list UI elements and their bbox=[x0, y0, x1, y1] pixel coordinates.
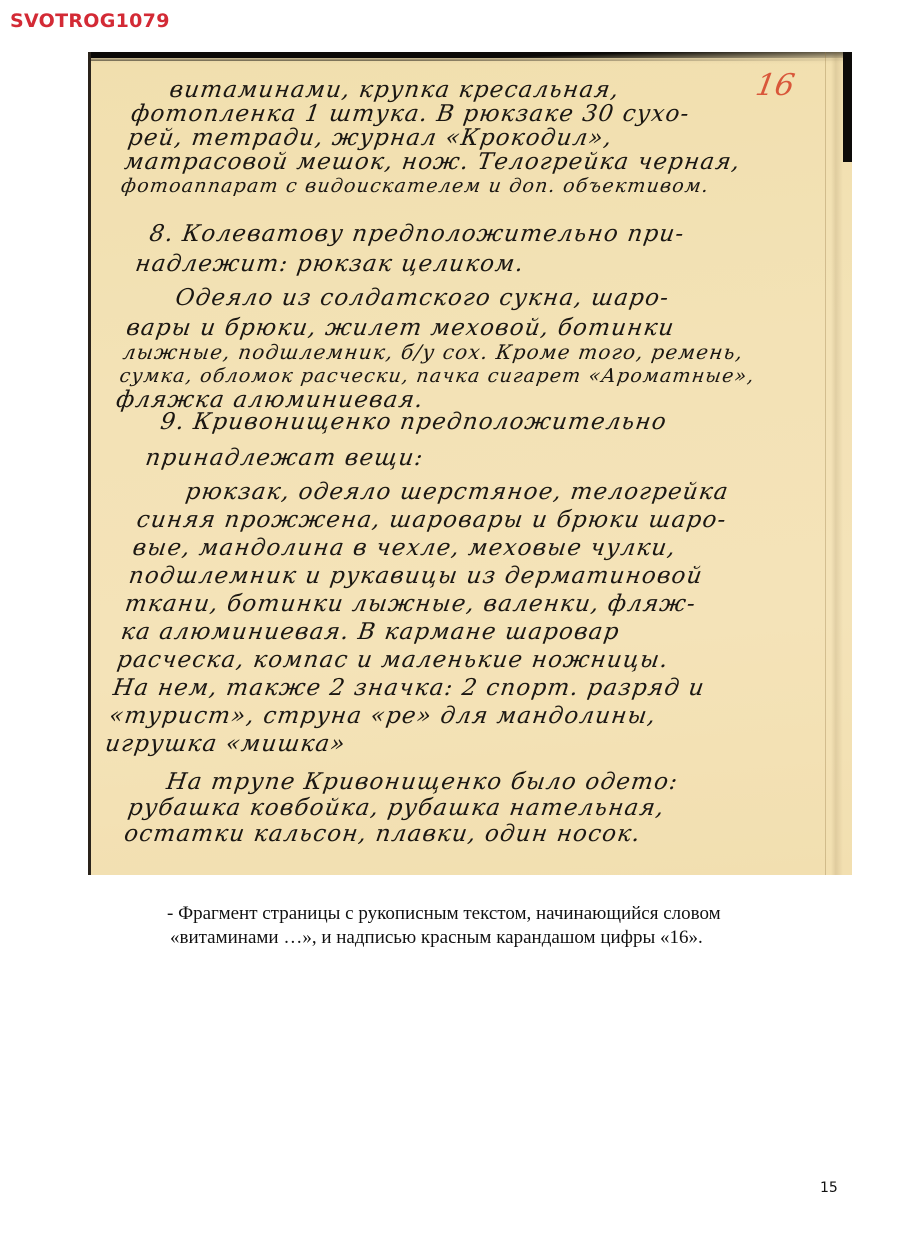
scan-left-edge bbox=[88, 52, 91, 875]
handwritten-paragraph-4: На трупе Кривонищенко было одето: рубашк… bbox=[123, 770, 818, 846]
handwritten-line: 8. Колеватову предположительно при- bbox=[137, 222, 825, 252]
watermark-label: SVOTROG1079 bbox=[10, 10, 170, 32]
scan-right-edge bbox=[843, 52, 852, 162]
caption-line-1: - Фрагмент страницы с рукописным текстом… bbox=[167, 903, 721, 924]
handwritten-line: рюкзак, одеяло шерстяное, телогрейка bbox=[139, 480, 827, 508]
handwritten-line: вые, мандолина в чехле, меховые чулки, bbox=[131, 536, 819, 564]
handwritten-line: синяя прожжена, шаровары и брюки шаро- bbox=[135, 508, 823, 536]
caption-line-2: «витаминами …», и надписью красным каран… bbox=[167, 926, 827, 950]
handwritten-line: матрасовой мешок, нож. Телогрейка черная… bbox=[123, 150, 810, 174]
handwritten-line: На трупе Кривонищенко было одето: bbox=[130, 770, 818, 796]
handwritten-line: остатки кальсон, плавки, один носок. bbox=[123, 822, 810, 846]
manuscript-scan-image: 16 витаминами, крупка кресальная, фотопл… bbox=[88, 52, 852, 875]
handwritten-line: На нем, также 2 значка: 2 спорт. разряд … bbox=[111, 676, 799, 704]
handwritten-line: фотоаппарат с видоискателем и доп. объек… bbox=[120, 174, 807, 198]
page-number: 15 bbox=[820, 1180, 838, 1196]
handwritten-line: ка алюминиевая. В кармане шаровар bbox=[119, 620, 807, 648]
handwritten-line: принадлежат вещи: bbox=[142, 446, 831, 480]
handwritten-line: расческа, компас и маленькие ножницы. bbox=[115, 648, 803, 676]
handwritten-paragraph-3: 9. Кривонищенко предположительно принадл… bbox=[104, 410, 837, 756]
handwritten-paragraph-1: витаминами, крупка кресальная, фотопленк… bbox=[120, 78, 821, 198]
image-caption: - Фрагмент страницы с рукописным текстом… bbox=[167, 902, 827, 950]
handwritten-line: рей, тетради, журнал «Крокодил», bbox=[126, 126, 813, 150]
handwritten-line: лыжные, подшлемник, б/у сох. Кроме того,… bbox=[121, 340, 808, 364]
scan-top-shadow bbox=[88, 52, 852, 61]
handwritten-line: игрушка «мишка» bbox=[104, 732, 791, 756]
handwritten-line: надлежит: рюкзак целиком. bbox=[132, 252, 821, 286]
handwritten-line: «турист», струна «ре» для мандолины, bbox=[107, 704, 795, 732]
scan-right-margin bbox=[831, 52, 843, 875]
handwritten-line: витаминами, крупка кресальная, bbox=[133, 78, 820, 102]
handwritten-line: Одеяло из солдатского сукна, шаро- bbox=[128, 286, 816, 316]
handwritten-line: подшлемник и рукавицы из дерматиновой bbox=[127, 564, 815, 592]
handwritten-line: ткани, ботинки лыжные, валенки, фляж- bbox=[123, 592, 811, 620]
handwritten-line: вары и брюки, жилет меховой, ботинки bbox=[125, 316, 812, 340]
handwritten-paragraph-2: 8. Колеватову предположительно при- надл… bbox=[115, 222, 826, 412]
handwritten-line: фотопленка 1 штука. В рюкзаке 30 сухо- bbox=[130, 102, 817, 126]
handwritten-line: 9. Кривонищенко предположительно bbox=[147, 410, 836, 446]
handwritten-line: сумка, обломок расчески, пачка сигарет «… bbox=[118, 364, 805, 388]
handwritten-line: рубашка ковбойка, рубашка нательная, bbox=[126, 796, 814, 822]
